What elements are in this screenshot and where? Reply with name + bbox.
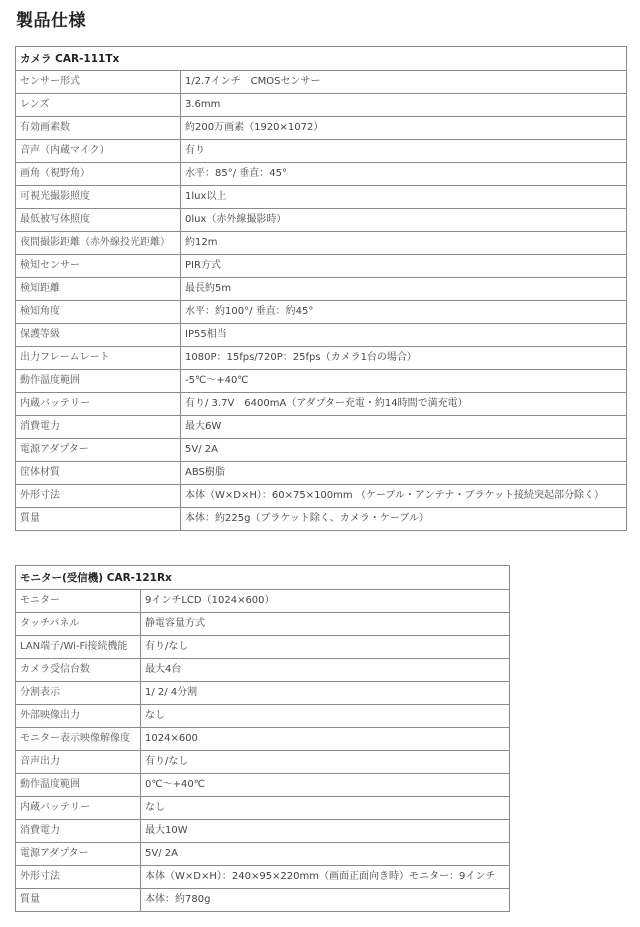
table-row: 最低被写体照度0lux（赤外線撮影時） [16, 209, 627, 232]
spec-value: 最大4台 [141, 659, 510, 682]
table-row: 電源アダプター5V/ 2A [16, 439, 627, 462]
spec-value: 9インチLCD（1024×600） [141, 590, 510, 613]
spec-label: 動作温度範囲 [16, 370, 181, 393]
table-row: 内蔵バッテリー有り/ 3.7V 6400mA（アダプター充電・約14時間で満充電… [16, 393, 627, 416]
spec-value: 約200万画素（1920×1072） [181, 117, 627, 140]
spec-value: 最長約5m [181, 278, 627, 301]
spec-label: モニター表示映像解像度 [16, 728, 141, 751]
spec-label: 検知距離 [16, 278, 181, 301]
table-row: 分割表示1/ 2/ 4分割 [16, 682, 510, 705]
spec-label: 消費電力 [16, 416, 181, 439]
spec-label: 音声（内蔵マイク） [16, 140, 181, 163]
spec-value: 本体：約780g [141, 889, 510, 912]
spec-value: 本体：約225g（ブラケット除く、カメラ・ケーブル） [181, 508, 627, 531]
table-row: 外形寸法本体（W×D×H）：240×95×220mm（画面正面向き時）モニター：… [16, 866, 510, 889]
spec-value: 水平：約100°/ 垂直：約45° [181, 301, 627, 324]
spec-label: 検知角度 [16, 301, 181, 324]
page-title: 製品仕様 [16, 6, 86, 31]
spec-value: 1/2.7インチ CMOSセンサー [181, 71, 627, 94]
table-row: 有効画素数約200万画素（1920×1072） [16, 117, 627, 140]
spec-label: タッチパネル [16, 613, 141, 636]
table-row: 音声出力有り/なし [16, 751, 510, 774]
spec-label: カメラ受信台数 [16, 659, 141, 682]
spec-label: 質量 [16, 889, 141, 912]
table-row: 画角（視野角）水平：85°/ 垂直：45° [16, 163, 627, 186]
spec-label: 消費電力 [16, 820, 141, 843]
table-row: 外部映像出力なし [16, 705, 510, 728]
spec-label: LAN端子/Wi-Fi接続機能 [16, 636, 141, 659]
spec-label: 外部映像出力 [16, 705, 141, 728]
table-row: モニター表示映像解像度1024×600 [16, 728, 510, 751]
spec-value: 有り/ 3.7V 6400mA（アダプター充電・約14時間で満充電） [181, 393, 627, 416]
spec-value: 5V/ 2A [181, 439, 627, 462]
table-row: 出力フレームレート1080P：15fps/720P：25fps（カメラ1台の場合… [16, 347, 627, 370]
table-row: レンズ3.6mm [16, 94, 627, 117]
spec-value: なし [141, 705, 510, 728]
table-row: センサー形式1/2.7インチ CMOSセンサー [16, 71, 627, 94]
table-row: 保護等級IP55相当 [16, 324, 627, 347]
table-row: 動作温度範囲0℃～+40℃ [16, 774, 510, 797]
spec-value: 1024×600 [141, 728, 510, 751]
table-row: 消費電力最大10W [16, 820, 510, 843]
spec-label: 有効画素数 [16, 117, 181, 140]
spec-label: 夜間撮影距離（赤外線投光距離） [16, 232, 181, 255]
table-row: 検知角度水平：約100°/ 垂直：約45° [16, 301, 627, 324]
monitor-spec-table: モニター(受信機) CAR-121Rx モニター9インチLCD（1024×600… [15, 565, 510, 912]
spec-label: 分割表示 [16, 682, 141, 705]
spec-value: 5V/ 2A [141, 843, 510, 866]
spec-value: 0lux（赤外線撮影時） [181, 209, 627, 232]
spec-value: 約12m [181, 232, 627, 255]
table-row: 質量本体：約225g（ブラケット除く、カメラ・ケーブル） [16, 508, 627, 531]
spec-label: 電源アダプター [16, 439, 181, 462]
spec-label: 音声出力 [16, 751, 141, 774]
spec-value: 本体（W×D×H）：60×75×100mm （ケーブル・アンテナ・ブラケット接続… [181, 485, 627, 508]
table-row: カメラ受信台数最大4台 [16, 659, 510, 682]
spec-label: 保護等級 [16, 324, 181, 347]
table-row: 検知距離最長約5m [16, 278, 627, 301]
spec-value: 有り/なし [141, 751, 510, 774]
spec-label: 内蔵バッテリー [16, 797, 141, 820]
spec-label: 画角（視野角） [16, 163, 181, 186]
table-row: 音声（内蔵マイク）有り [16, 140, 627, 163]
spec-label: 動作温度範囲 [16, 774, 141, 797]
spec-label: モニター [16, 590, 141, 613]
table-row: 内蔵バッテリーなし [16, 797, 510, 820]
spec-value: ABS樹脂 [181, 462, 627, 485]
table-row: モニター9インチLCD（1024×600） [16, 590, 510, 613]
spec-label: 外形寸法 [16, 866, 141, 889]
spec-value: 最大6W [181, 416, 627, 439]
spec-value: 1lux以上 [181, 186, 627, 209]
spec-value: -5℃～+40℃ [181, 370, 627, 393]
table-row: 検知センサーPIR方式 [16, 255, 627, 278]
table-row: 可視光撮影照度1lux以上 [16, 186, 627, 209]
monitor-table-header-row: モニター(受信機) CAR-121Rx [16, 566, 510, 590]
spec-label: センサー形式 [16, 71, 181, 94]
camera-spec-table: カメラ CAR-111Tx センサー形式1/2.7インチ CMOSセンサー レン… [15, 46, 627, 531]
spec-value: 有り/なし [141, 636, 510, 659]
table-row: 質量本体：約780g [16, 889, 510, 912]
table-row: 夜間撮影距離（赤外線投光距離）約12m [16, 232, 627, 255]
spec-label: 可視光撮影照度 [16, 186, 181, 209]
spec-label: 出力フレームレート [16, 347, 181, 370]
table-row: 動作温度範囲-5℃～+40℃ [16, 370, 627, 393]
spec-label: 質量 [16, 508, 181, 531]
spec-value: 3.6mm [181, 94, 627, 117]
camera-table-heading: カメラ CAR-111Tx [16, 47, 627, 71]
spec-value: 最大10W [141, 820, 510, 843]
spec-value: なし [141, 797, 510, 820]
spec-label: 検知センサー [16, 255, 181, 278]
spec-label: 筐体材質 [16, 462, 181, 485]
spec-value: IP55相当 [181, 324, 627, 347]
spec-label: 外形寸法 [16, 485, 181, 508]
spec-value: 有り [181, 140, 627, 163]
spec-value: 静電容量方式 [141, 613, 510, 636]
table-row: 電源アダプター5V/ 2A [16, 843, 510, 866]
spec-value: 本体（W×D×H）：240×95×220mm（画面正面向き時）モニター：9インチ [141, 866, 510, 889]
table-row: LAN端子/Wi-Fi接続機能有り/なし [16, 636, 510, 659]
spec-value: 1080P：15fps/720P：25fps（カメラ1台の場合） [181, 347, 627, 370]
camera-table-header-row: カメラ CAR-111Tx [16, 47, 627, 71]
spec-label: 内蔵バッテリー [16, 393, 181, 416]
spec-value: PIR方式 [181, 255, 627, 278]
table-row: 筐体材質ABS樹脂 [16, 462, 627, 485]
spec-label: レンズ [16, 94, 181, 117]
spec-label: 最低被写体照度 [16, 209, 181, 232]
spec-value: 0℃～+40℃ [141, 774, 510, 797]
spec-value: 1/ 2/ 4分割 [141, 682, 510, 705]
table-row: タッチパネル静電容量方式 [16, 613, 510, 636]
spec-value: 水平：85°/ 垂直：45° [181, 163, 627, 186]
table-row: 外形寸法本体（W×D×H）：60×75×100mm （ケーブル・アンテナ・ブラケ… [16, 485, 627, 508]
spec-label: 電源アダプター [16, 843, 141, 866]
monitor-table-heading: モニター(受信機) CAR-121Rx [16, 566, 510, 590]
table-row: 消費電力最大6W [16, 416, 627, 439]
